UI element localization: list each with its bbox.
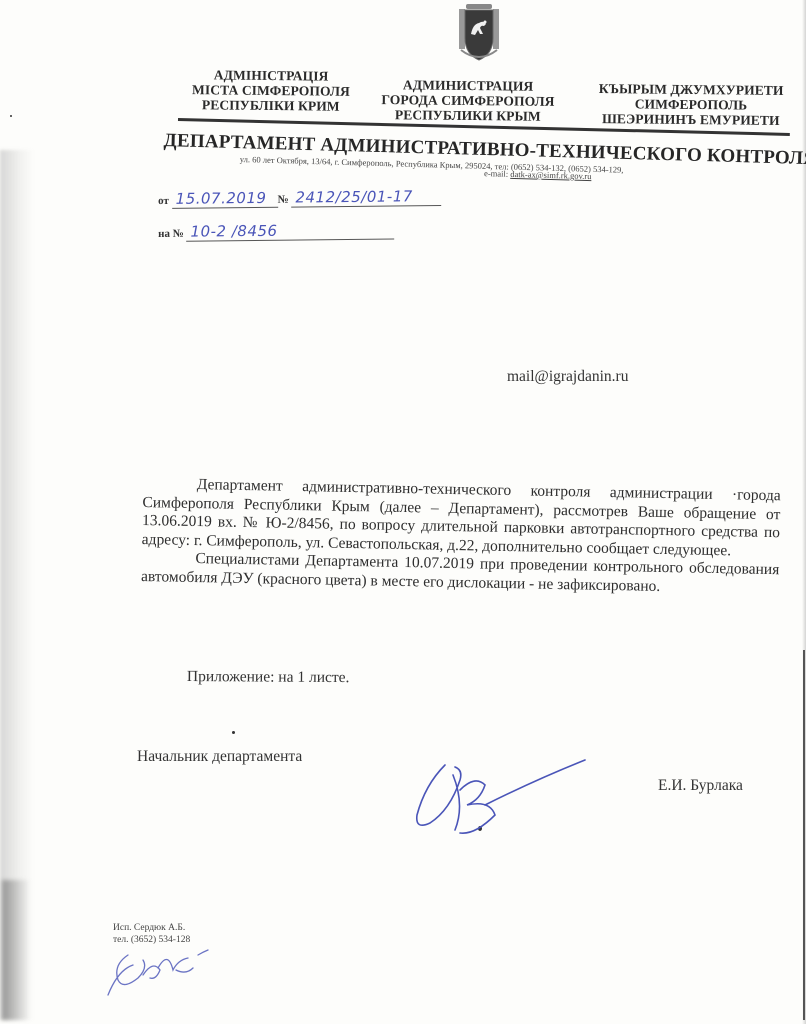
outgoing-number: 2412/25/01-17 xyxy=(291,187,441,208)
header-russian: АДМИНИСТРАЦИЯ ГОРОДА СИМФЕРОПОЛЯ РЕСПУБЛ… xyxy=(368,77,568,124)
registration-reply-row: на № 10-2 /8456 xyxy=(158,221,395,242)
header-uk-line-3: РЕСПУБЛІКИ КРИМ xyxy=(176,97,366,114)
letter-body: Департамент административно-технического… xyxy=(141,475,781,598)
executor-name: Исп. Сердюк А.Б. xyxy=(113,922,190,934)
reply-label: на № xyxy=(158,228,184,240)
executor-signature xyxy=(98,940,228,1000)
body-paragraph-1: Департамент административно-технического… xyxy=(142,475,781,561)
attachment-note: Приложение: на 1 листе. xyxy=(187,668,350,687)
signatory-position: Начальник департамента xyxy=(137,748,302,766)
handwritten-signature xyxy=(405,745,605,840)
scan-edge-line-right xyxy=(803,650,805,1020)
header-crh-line-3: ШЕЭРИНИНЪ ЕМУРИЕТИ xyxy=(584,111,798,128)
scan-edge-shadow-left-bottom xyxy=(2,880,30,1020)
registration-from-row: от 15.07.2019№ 2412/25/01-17 xyxy=(158,187,442,209)
recipient-email: mail@igrajdanin.ru xyxy=(507,368,628,386)
outgoing-date: 15.07.2019 xyxy=(172,189,278,209)
email-label: e-mail: xyxy=(484,168,508,179)
header-crh-line-1: КЪЫРЫМ ДЖУМХУРИЕТИ xyxy=(584,81,798,98)
from-label: от xyxy=(158,195,169,207)
letter-page: АДМІНІСТРАЦІЯ МІСТА СІМФЕРОПОЛЯ РЕСПУБЛІ… xyxy=(0,0,806,1024)
header-ru-line-3: РЕСПУБЛИКИ КРЫМ xyxy=(368,107,568,124)
crimea-coat-of-arms-icon xyxy=(458,4,500,62)
reply-number: 10-2 /8456 xyxy=(186,221,394,242)
header-ukrainian: АДМІНІСТРАЦІЯ МІСТА СІМФЕРОПОЛЯ РЕСПУБЛІ… xyxy=(176,67,366,114)
number-label: № xyxy=(278,194,289,206)
scan-speck xyxy=(232,731,235,734)
signatory-name: Е.И. Бурлака xyxy=(658,777,743,795)
header-crimean-tatar: КЪЫРЫМ ДЖУМХУРИЕТИ СИМФЕРОПОЛЬ ШЕЭРИНИНЪ… xyxy=(584,81,798,128)
scan-speck xyxy=(10,115,12,117)
email-link[interactable]: datk-ax@simf.rk.gov.ru xyxy=(510,169,591,181)
